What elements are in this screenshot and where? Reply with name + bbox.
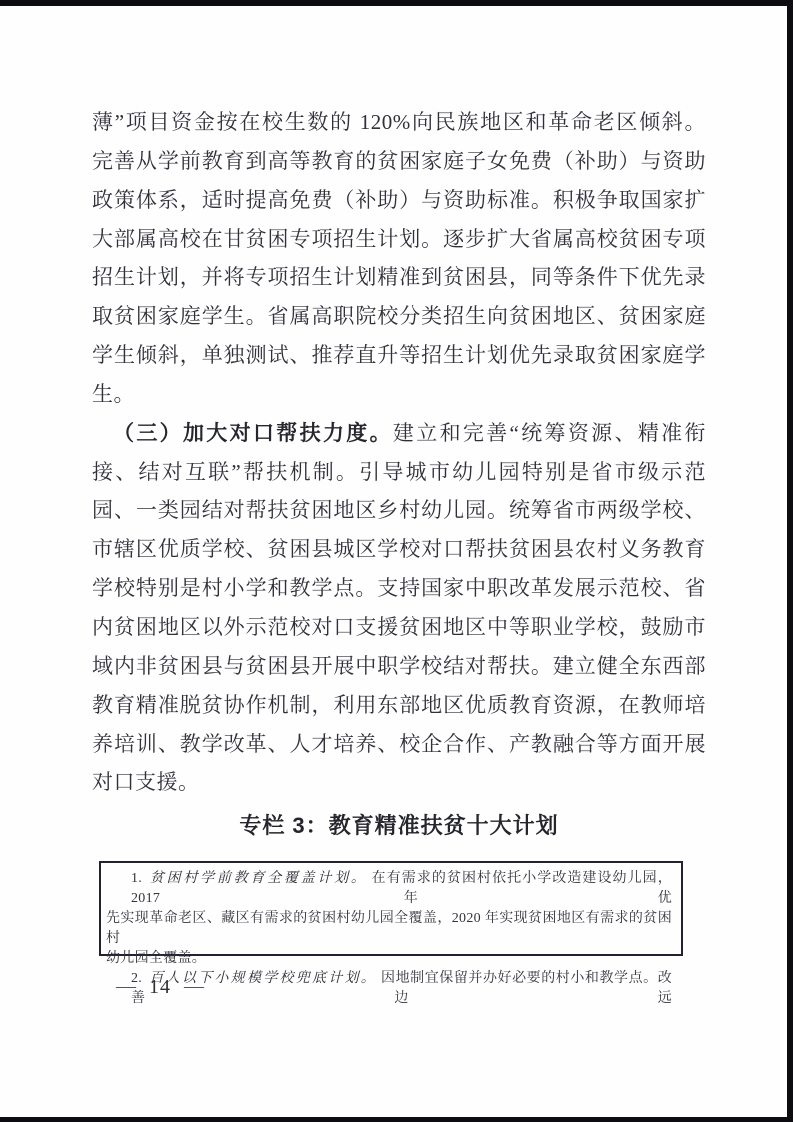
page-number: 14 [149, 976, 171, 999]
body-line: 薄”项目资金按在校生数的 120%向民族地区和革命老区倾斜。 [92, 103, 706, 142]
scan-edge-top [0, 0, 793, 6]
body-line: 园、一类园结对帮扶贫困地区乡村幼儿园。统筹省市两级学校、 [92, 491, 706, 530]
body-line: 对口支援。 [92, 763, 706, 802]
box-item-number: 1. [131, 871, 142, 886]
page-footer: — 14 — [116, 974, 204, 1000]
box-item-1-line-1: 1.贫困村学前教育全覆盖计划。在有需求的贫困村依托小学改造建设幼儿园，2017 … [106, 869, 672, 909]
body-line: 生。 [92, 375, 706, 414]
body-line: 取贫困家庭学生。省属高职院校分类招生向贫困地区、贫困家庭 [92, 297, 706, 336]
column-box: 1.贫困村学前教育全覆盖计划。在有需求的贫困村依托小学改造建设幼儿园，2017 … [99, 861, 683, 956]
scan-edge-right [787, 0, 793, 1122]
body-line: 内贫困地区以外示范校对口支援贫困地区中等职业学校，鼓励市 [92, 608, 706, 647]
body-line: 域内非贫困县与贫困县开展中职学校结对帮扶。建立健全东西部 [92, 647, 706, 686]
box-item-title: 贫困村学前教育全覆盖计划。 [149, 871, 368, 886]
body-line: 完善从学前教育到高等教育的贫困家庭子女免费（补助）与资助 [92, 142, 706, 181]
body-text: 薄”项目资金按在校生数的 120%向民族地区和革命老区倾斜。 完善从学前教育到高… [92, 103, 706, 802]
scan-edge-bottom [0, 1117, 793, 1122]
section-3-bold-lead: （三）加大对口帮扶力度。 [113, 421, 393, 445]
box-item-1-line-2: 先实现革命老区、藏区有需求的贫困村幼儿园全覆盖，2020 年实现贫困地区有需求的… [106, 909, 672, 949]
body-line: 学校特别是村小学和教学点。支持国家中职改革发展示范校、省 [92, 569, 706, 608]
footer-dash-right: — [184, 975, 204, 998]
body-line: 接、结对互联”帮扶机制。引导城市幼儿园特别是省市级示范 [92, 453, 706, 492]
document-page: 薄”项目资金按在校生数的 120%向民族地区和革命老区倾斜。 完善从学前教育到高… [0, 0, 793, 1122]
body-line: 招生计划，并将专项招生计划精准到贫困县，同等条件下优先录 [92, 258, 706, 297]
column-box-heading: 专栏 3：教育精准扶贫十大计划 [92, 811, 706, 841]
body-line-section-heading: （三）加大对口帮扶力度。建立和完善“统筹资源、精准衔 [92, 414, 706, 453]
body-line: 大部属高校在甘贫困专项招生计划。逐步扩大省属高校贫困专项 [92, 220, 706, 259]
footer-dash-left: — [116, 975, 136, 998]
body-line: 教育精准脱贫协作机制，利用东部地区优质教育资源，在教师培 [92, 686, 706, 725]
body-line: 养培训、教学改革、人才培养、校企合作、产教融合等方面开展 [92, 725, 706, 764]
body-line: 市辖区优质学校、贫困县城区学校对口帮扶贫困县农村义务教育 [92, 530, 706, 569]
body-line-text: 建立和完善“统筹资源、精准衔 [393, 421, 706, 445]
body-line: 政策体系，适时提高免费（补助）与资助标准。积极争取国家扩 [92, 181, 706, 220]
body-line: 学生倾斜，单独测试、推荐直升等招生计划优先录取贫困家庭学 [92, 336, 706, 375]
box-item-1-line-3: 幼儿园全覆盖。 [106, 949, 672, 969]
